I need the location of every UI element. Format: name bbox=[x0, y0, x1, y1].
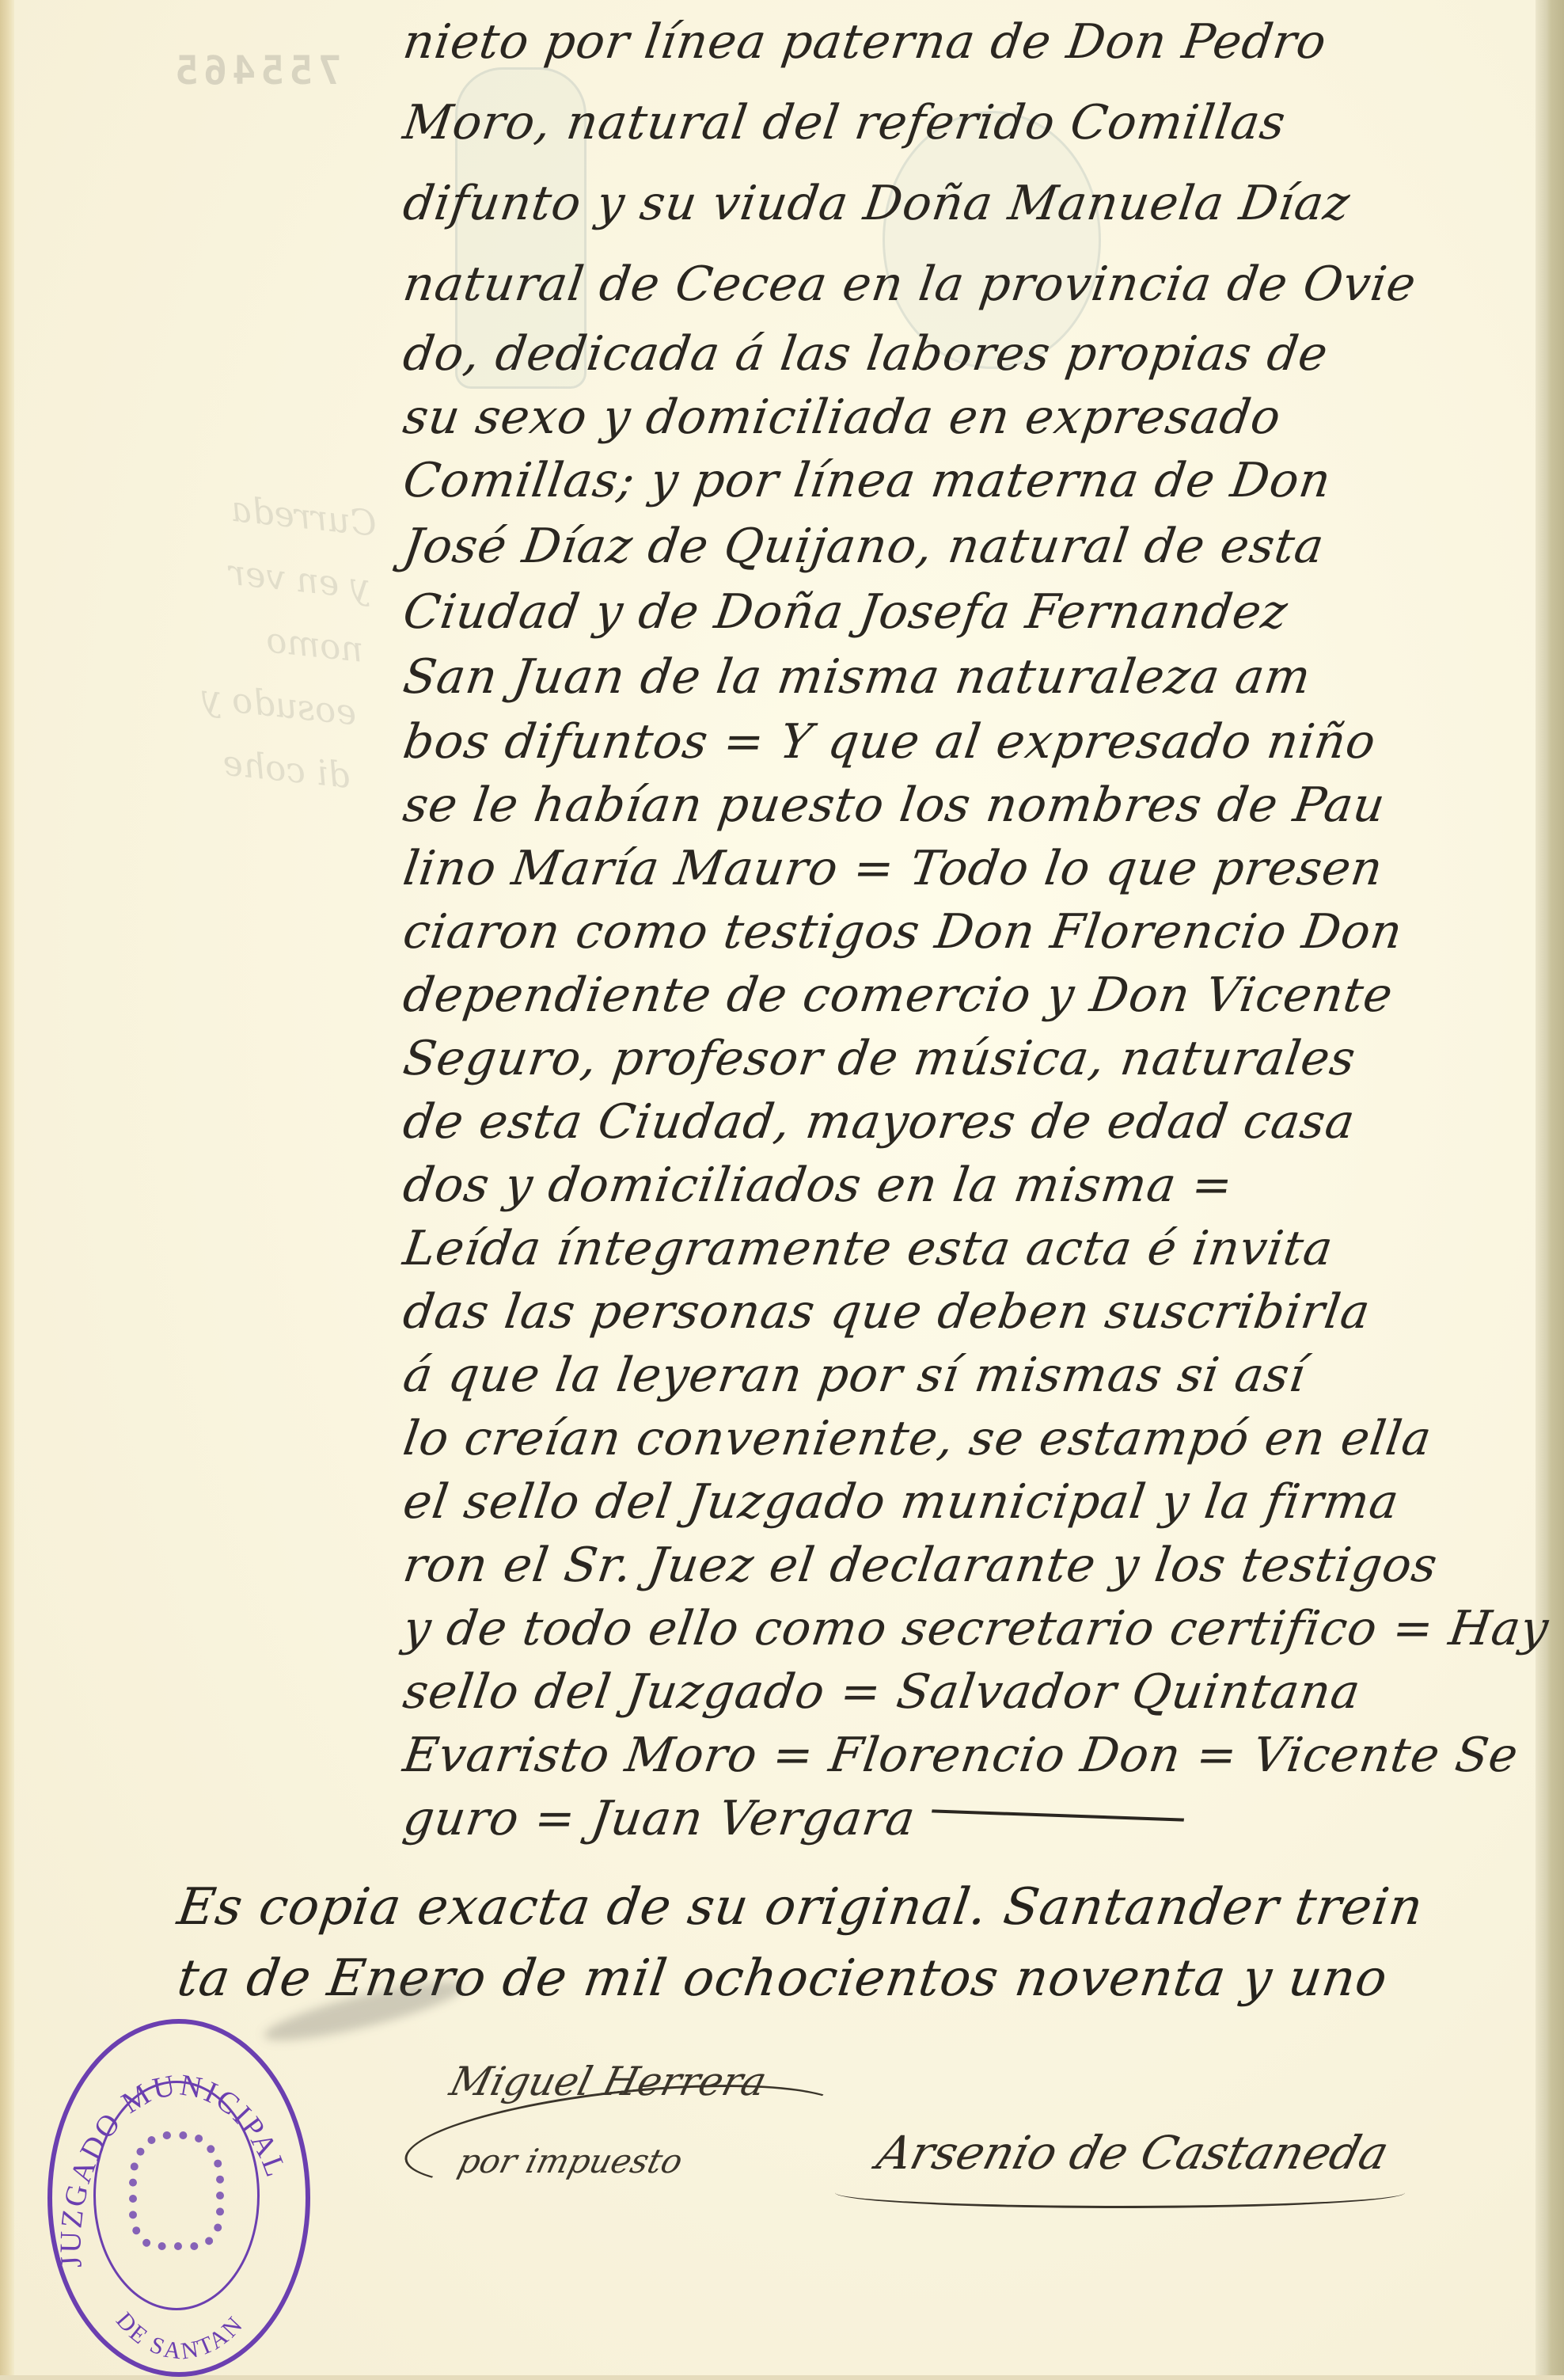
body-line: San Juan de la misma naturaleza am bbox=[400, 649, 1315, 705]
body-line: Seguro, profesor de música, naturales bbox=[400, 1031, 1359, 1086]
page-bottom-edge bbox=[0, 2375, 1564, 2380]
body-line: difunto y su viuda Doña Manuela Díaz bbox=[400, 176, 1353, 231]
document-page: 755465 Curreda y en ver nomo eosudo y di… bbox=[0, 0, 1564, 2380]
body-line: lino María Mauro = Todo lo que presen bbox=[400, 841, 1387, 896]
signature-third-rubric bbox=[835, 2177, 1405, 2208]
body-line: el sello del Juzgado municipal y la firm… bbox=[400, 1474, 1403, 1530]
body-line: do, dedicada á las labores propias de bbox=[400, 326, 1331, 382]
body-line: de esta Ciudad, mayores de edad casa bbox=[400, 1094, 1358, 1150]
body-line: sello del Juzgado = Salvador Quintana bbox=[400, 1664, 1364, 1720]
body-line: Evaristo Moro = Florencio Don = Vicente … bbox=[400, 1728, 1522, 1783]
body-line: ron el Sr. Juez el declarante y los test… bbox=[400, 1538, 1441, 1593]
body-line: ciaron como testigos Don Florencio Don bbox=[400, 904, 1406, 960]
body-line: Leída íntegramente esta acta é invita bbox=[400, 1221, 1337, 1276]
body-line: se le habían puesto los nombres de Pau bbox=[400, 777, 1389, 833]
signature-second: por impuesto bbox=[454, 2142, 687, 2180]
body-line: y de todo ello como secretario certifico… bbox=[400, 1601, 1564, 1656]
body-line: nieto por línea paterna de Don Pedro bbox=[400, 14, 1330, 70]
body-line: dependiente de comercio y Don Vicente bbox=[400, 968, 1396, 1023]
body-line: lo creían conveniente, se estampó en ell… bbox=[400, 1411, 1435, 1466]
page-binding-edge bbox=[0, 0, 14, 2380]
body-line: natural de Cecea en la provincia de Ovie bbox=[400, 257, 1420, 312]
signature-third: Arsenio de Castaneda bbox=[872, 2126, 1395, 2180]
closing-dash-stroke bbox=[932, 1810, 1184, 1822]
court-seal-top-text: JUZGADO MUNICIPAL bbox=[54, 2069, 293, 2269]
closing-line: Es copia exacta de su original. Santande… bbox=[174, 1878, 1427, 1937]
body-line: dos y domiciliados en la misma = bbox=[400, 1158, 1236, 1213]
body-line-final: guro = Juan Vergara bbox=[400, 1791, 1188, 1846]
bleed-through-number: 755465 bbox=[170, 48, 342, 93]
body-line: Ciudad y de Doña Josefa Fernandez bbox=[400, 584, 1292, 640]
page-right-edge bbox=[1536, 0, 1564, 2380]
body-line: das las personas que deben suscribirla bbox=[400, 1284, 1374, 1340]
bleed-through-margin-text: Curreda y en ver nomo eosudo y di cohe bbox=[16, 458, 380, 808]
body-line-final-text: guro = Juan Vergara bbox=[400, 1791, 919, 1846]
body-line: José Díaz de Quijano, natural de esta bbox=[400, 519, 1327, 574]
court-seal-text: JUZGADO MUNICIPAL DE SANTANDER bbox=[52, 2024, 306, 2372]
body-line: á que la leyeran por sí mismas si así bbox=[400, 1348, 1309, 1403]
body-line: Comillas; y por línea materna de Don bbox=[400, 453, 1334, 508]
court-seal: JUZGADO MUNICIPAL DE SANTANDER bbox=[47, 2019, 310, 2377]
body-line: su sexo y domiciliada en expresado bbox=[400, 390, 1285, 445]
body-line: Moro, natural del referido Comillas bbox=[400, 95, 1289, 150]
body-line: bos difuntos = Y que al expresado niño bbox=[400, 714, 1380, 770]
